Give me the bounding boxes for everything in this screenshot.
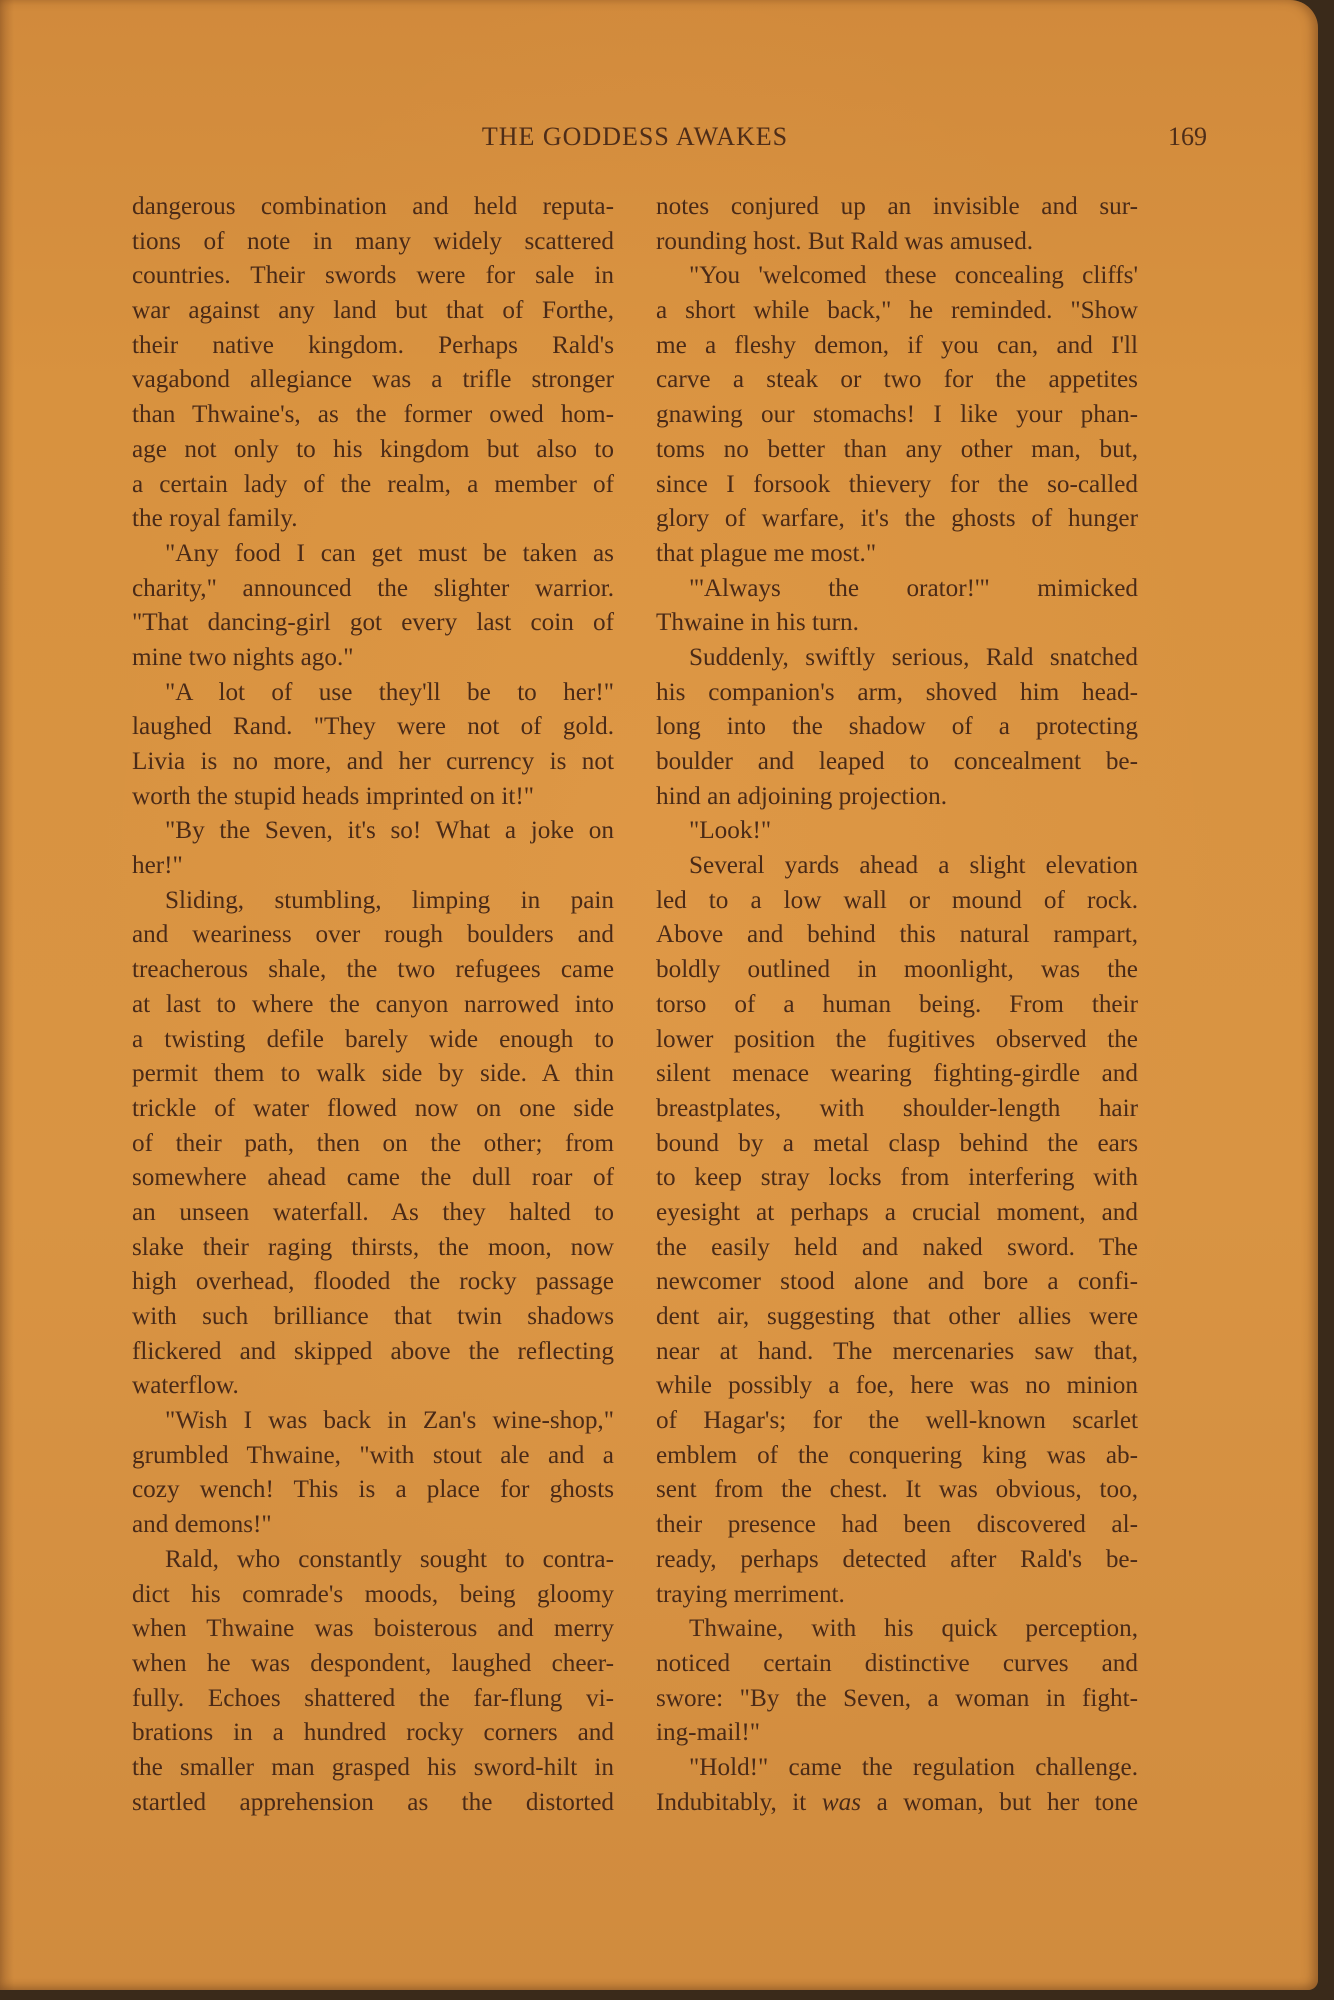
text-line: when he was despondent, laughed cheer- bbox=[132, 1647, 614, 1682]
text-line: Livia is no more, and her currency is no… bbox=[132, 745, 614, 780]
text-line: at last to where the canyon narrowed int… bbox=[132, 988, 614, 1023]
text-line: "Wish I was back in Zan's wine-shop," bbox=[132, 1404, 614, 1439]
text-line: startled apprehension as the distorted bbox=[132, 1786, 614, 1821]
text-line: and demons!" bbox=[132, 1508, 614, 1543]
text-line: fully. Echoes shattered the far-flung vi… bbox=[132, 1682, 614, 1717]
text-line: toms no better than any other man, but, bbox=[656, 433, 1138, 468]
text-line: long into the shadow of a protecting bbox=[656, 710, 1138, 745]
text-line: tions of note in many widely scattered bbox=[132, 225, 614, 260]
text-line: grumbled Thwaine, "with stout ale and a bbox=[132, 1439, 614, 1474]
text-line: gnawing our stomachs! I like your phan- bbox=[656, 398, 1138, 433]
text-line: than Thwaine's, as the former owed hom- bbox=[132, 398, 614, 433]
text-line: lower position the fugitives observed th… bbox=[656, 1023, 1138, 1058]
text-line: slake their raging thirsts, the moon, no… bbox=[132, 1231, 614, 1266]
text-line: of their path, then on the other; from bbox=[132, 1127, 614, 1162]
text-line: a short while back," he reminded. "Show bbox=[656, 294, 1138, 329]
text-line: treacherous shale, the two refugees came bbox=[132, 953, 614, 988]
text-line: carve a steak or two for the appetites bbox=[656, 363, 1138, 398]
text-column-left: dangerous combination and held reputa-ti… bbox=[132, 190, 614, 1820]
text-line: "Any food I can get must be taken as bbox=[132, 537, 614, 572]
text-line: age not only to his kingdom but also to bbox=[132, 433, 614, 468]
book-page: THE GODDESS AWAKES 169 dangerous combina… bbox=[0, 0, 1318, 1990]
text-line: of Hagar's; for the well-known scarlet bbox=[656, 1404, 1138, 1439]
text-line: dent air, suggesting that other allies w… bbox=[656, 1300, 1138, 1335]
text-line: dangerous combination and held reputa- bbox=[132, 190, 614, 225]
text-line: Rald, who constantly sought to contra- bbox=[132, 1543, 614, 1578]
text-line: worth the stupid heads imprinted on it!" bbox=[132, 780, 614, 815]
text-line: "Look!" bbox=[656, 814, 1138, 849]
text-line: boldly outlined in moonlight, was the bbox=[656, 953, 1138, 988]
italic-emphasis: was bbox=[822, 1789, 861, 1816]
text-line: me a fleshy demon, if you can, and I'll bbox=[656, 329, 1138, 364]
text-line: mine two nights ago." bbox=[132, 641, 614, 676]
text-line: a twisting defile barely wide enough to bbox=[132, 1023, 614, 1058]
text-line: war against any land but that of Forthe, bbox=[132, 294, 614, 329]
running-title: THE GODDESS AWAKES bbox=[0, 122, 1270, 152]
text-line: near at hand. The mercenaries saw that, bbox=[656, 1335, 1138, 1370]
text-line: her!" bbox=[132, 849, 614, 884]
text-line: dict his comrade's moods, being gloomy bbox=[132, 1578, 614, 1613]
text-line: their native kingdom. Perhaps Rald's bbox=[132, 329, 614, 364]
text-line: charity," announced the slighter warrior… bbox=[132, 572, 614, 607]
text-line: sent from the chest. It was obvious, too… bbox=[656, 1473, 1138, 1508]
text-line: laughed Rand. "They were not of gold. bbox=[132, 710, 614, 745]
text-line: trickle of water flowed now on one side bbox=[132, 1092, 614, 1127]
text-line: his companion's arm, shoved him head- bbox=[656, 676, 1138, 711]
text-line: torso of a human being. From their bbox=[656, 988, 1138, 1023]
text-line: swore: "By the Seven, a woman in fight- bbox=[656, 1682, 1138, 1717]
text-line: "By the Seven, it's so! What a joke on bbox=[132, 814, 614, 849]
text-line: that plague me most." bbox=[656, 537, 1138, 572]
text-line: bound by a metal clasp behind the ears bbox=[656, 1127, 1138, 1162]
text-line: rounding host. But Rald was amused. bbox=[656, 225, 1138, 260]
running-head: THE GODDESS AWAKES 169 bbox=[0, 122, 1334, 162]
text-line: cozy wench! This is a place for ghosts bbox=[132, 1473, 614, 1508]
text-column-right: notes conjured up an invisible and sur-r… bbox=[656, 190, 1138, 1820]
page-number: 169 bbox=[1168, 122, 1207, 152]
text-line: led to a low wall or mound of rock. bbox=[656, 884, 1138, 919]
text-line: emblem of the conquering king was ab- bbox=[656, 1439, 1138, 1474]
text-line: their presence had been discovered al- bbox=[656, 1508, 1138, 1543]
text-line: eyesight at perhaps a crucial moment, an… bbox=[656, 1196, 1138, 1231]
text-line: a certain lady of the realm, a member of bbox=[132, 468, 614, 503]
text-line: Sliding, stumbling, limping in pain bbox=[132, 884, 614, 919]
text-line: the smaller man grasped his sword-hilt i… bbox=[132, 1751, 614, 1786]
text-line: Indubitably, it was a woman, but her ton… bbox=[656, 1786, 1138, 1821]
text-line: Thwaine, with his quick perception, bbox=[656, 1612, 1138, 1647]
text-line: noticed certain distinctive curves and bbox=[656, 1647, 1138, 1682]
text-line: "Hold!" came the regulation challenge. bbox=[656, 1751, 1138, 1786]
text-line: flickered and skipped above the reflecti… bbox=[132, 1335, 614, 1370]
text-line: "A lot of use they'll be to her!" bbox=[132, 676, 614, 711]
text-line: glory of warfare, it's the ghosts of hun… bbox=[656, 502, 1138, 537]
text-line: Thwaine in his turn. bbox=[656, 606, 1138, 641]
text-line: newcomer stood alone and bore a confi- bbox=[656, 1265, 1138, 1300]
text-line: brations in a hundred rocky corners and bbox=[132, 1716, 614, 1751]
text-line: countries. Their swords were for sale in bbox=[132, 259, 614, 294]
text-line: since I forsook thievery for the so-call… bbox=[656, 468, 1138, 503]
text-line: Several yards ahead a slight elevation bbox=[656, 849, 1138, 884]
text-line: the royal family. bbox=[132, 502, 614, 537]
text-line: vagabond allegiance was a trifle stronge… bbox=[132, 363, 614, 398]
text-line: ready, perhaps detected after Rald's be- bbox=[656, 1543, 1138, 1578]
text-line: ing-mail!" bbox=[656, 1716, 1138, 1751]
text-line: Above and behind this natural rampart, bbox=[656, 918, 1138, 953]
text-line: with such brilliance that twin shadows bbox=[132, 1300, 614, 1335]
text-line: when Thwaine was boisterous and merry bbox=[132, 1612, 614, 1647]
text-line: to keep stray locks from interfering wit… bbox=[656, 1161, 1138, 1196]
text-line: boulder and leaped to concealment be- bbox=[656, 745, 1138, 780]
text-line: waterflow. bbox=[132, 1369, 614, 1404]
text-line: Suddenly, swiftly serious, Rald snatched bbox=[656, 641, 1138, 676]
text-line: silent menace wearing fighting-girdle an… bbox=[656, 1057, 1138, 1092]
text-line: and weariness over rough boulders and bbox=[132, 918, 614, 953]
text-line: permit them to walk side by side. A thin bbox=[132, 1057, 614, 1092]
text-line: "You 'welcomed these concealing cliffs' bbox=[656, 259, 1138, 294]
text-line: high overhead, flooded the rocky passage bbox=[132, 1265, 614, 1300]
text-line: while possibly a foe, here was no minion bbox=[656, 1369, 1138, 1404]
text-line: hind an adjoining projection. bbox=[656, 780, 1138, 815]
text-line: notes conjured up an invisible and sur- bbox=[656, 190, 1138, 225]
text-line: the easily held and naked sword. The bbox=[656, 1231, 1138, 1266]
spine-shadow bbox=[0, 0, 14, 1990]
text-line: "'Always the orator!'" mimicked bbox=[656, 572, 1138, 607]
text-line: breastplates, with shoulder-length hair bbox=[656, 1092, 1138, 1127]
text-line: an unseen waterfall. As they halted to bbox=[132, 1196, 614, 1231]
text-line: traying merriment. bbox=[656, 1578, 1138, 1613]
text-line: "That dancing-girl got every last coin o… bbox=[132, 606, 614, 641]
text-line: somewhere ahead came the dull roar of bbox=[132, 1161, 614, 1196]
